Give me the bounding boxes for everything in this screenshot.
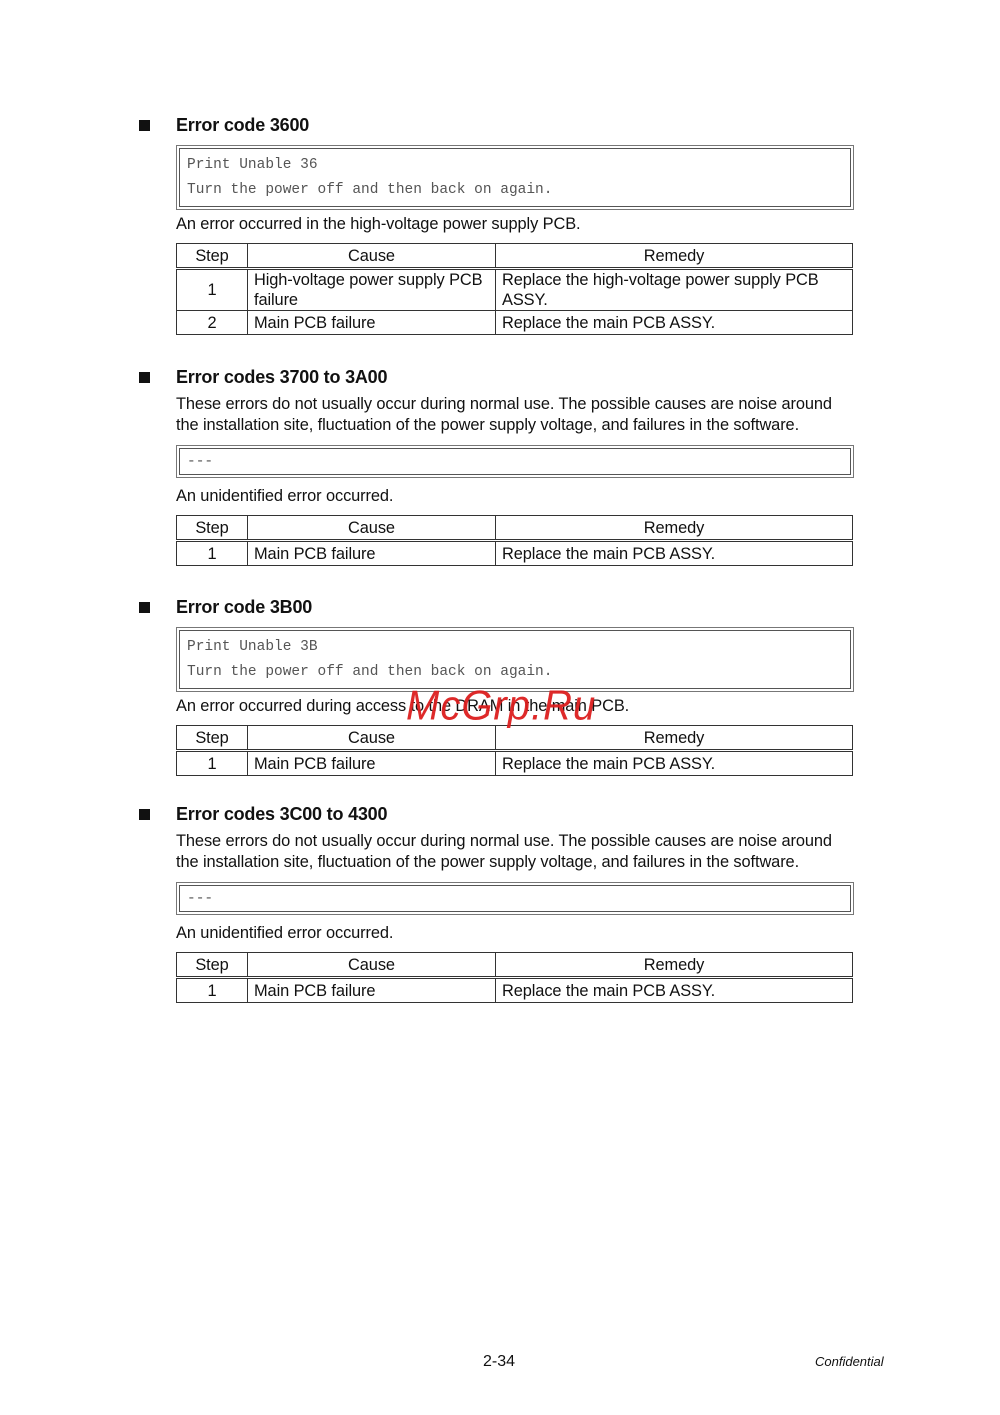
square-bullet-icon [139, 602, 150, 613]
cell-remedy: Replace the main PCB ASSY. [496, 311, 853, 335]
header-remedy: Remedy [496, 516, 853, 541]
message-line: --- [187, 890, 843, 908]
cell-step: 2 [177, 311, 248, 335]
cell-step: 1 [177, 978, 248, 1003]
section-heading: Error code 3600 [138, 115, 854, 137]
cell-cause: Main PCB failure [248, 751, 496, 776]
section-error-3700-3a00: Error codes 3700 to 3A00 These errors do… [138, 367, 854, 566]
table-row: 1 Main PCB failure Replace the main PCB … [177, 978, 853, 1003]
header-remedy: Remedy [496, 953, 853, 978]
lcd-message-box: Print Unable 36 Turn the power off and t… [176, 145, 854, 210]
section-error-3600: Error code 3600 Print Unable 36 Turn the… [138, 115, 854, 335]
cell-remedy: Replace the high-voltage power supply PC… [496, 269, 853, 311]
section-error-3b00: Error code 3B00 Print Unable 3B Turn the… [138, 597, 854, 776]
header-cause: Cause [248, 244, 496, 269]
section-heading: Error codes 3C00 to 4300 [138, 804, 854, 826]
cell-remedy: Replace the main PCB ASSY. [496, 751, 853, 776]
lcd-message-box: Print Unable 3B Turn the power off and t… [176, 627, 854, 692]
intro-paragraph: These errors do not usually occur during… [176, 394, 854, 436]
header-cause: Cause [248, 953, 496, 978]
square-bullet-icon [139, 809, 150, 820]
heading-text: Error codes 3700 to 3A00 [176, 367, 387, 388]
header-step: Step [177, 244, 248, 269]
table-row: 1 Main PCB failure Replace the main PCB … [177, 751, 853, 776]
error-description: An unidentified error occurred. [176, 923, 854, 944]
table-row: 1 High-voltage power supply PCB failure … [177, 269, 853, 311]
intro-paragraph: These errors do not usually occur during… [176, 831, 854, 873]
cell-remedy: Replace the main PCB ASSY. [496, 978, 853, 1003]
error-description: An unidentified error occurred. [176, 486, 854, 507]
message-line: Print Unable 3B [187, 635, 843, 660]
remedy-table: Step Cause Remedy 1 Main PCB failure Rep… [176, 515, 853, 566]
lcd-message-box: --- [176, 882, 854, 915]
cell-cause: Main PCB failure [248, 541, 496, 566]
table-row: 1 Main PCB failure Replace the main PCB … [177, 541, 853, 566]
cell-cause: Main PCB failure [248, 978, 496, 1003]
lcd-message-box: --- [176, 445, 854, 478]
heading-text: Error codes 3C00 to 4300 [176, 804, 387, 825]
message-line: Turn the power off and then back on agai… [187, 660, 843, 685]
remedy-table: Step Cause Remedy 1 Main PCB failure Rep… [176, 952, 853, 1003]
heading-text: Error code 3B00 [176, 597, 312, 618]
message-line: Print Unable 36 [187, 153, 843, 178]
page-number: 2-34 [483, 1353, 515, 1371]
header-remedy: Remedy [496, 244, 853, 269]
header-cause: Cause [248, 726, 496, 751]
remedy-table: Step Cause Remedy 1 Main PCB failure Rep… [176, 725, 853, 776]
cell-remedy: Replace the main PCB ASSY. [496, 541, 853, 566]
message-line: Turn the power off and then back on agai… [187, 178, 843, 203]
cell-cause: High-voltage power supply PCB failure [248, 269, 496, 311]
header-step: Step [177, 953, 248, 978]
section-heading: Error code 3B00 [138, 597, 854, 619]
header-step: Step [177, 516, 248, 541]
square-bullet-icon [139, 372, 150, 383]
header-cause: Cause [248, 516, 496, 541]
table-row: 2 Main PCB failure Replace the main PCB … [177, 311, 853, 335]
cell-step: 1 [177, 751, 248, 776]
cell-step: 1 [177, 269, 248, 311]
confidential-label: Confidential [815, 1354, 884, 1369]
header-step: Step [177, 726, 248, 751]
section-error-3c00-4300: Error codes 3C00 to 4300 These errors do… [138, 804, 854, 1003]
error-description: An error occurred during access to the D… [176, 696, 854, 717]
cell-step: 1 [177, 541, 248, 566]
message-line: --- [187, 453, 843, 471]
header-remedy: Remedy [496, 726, 853, 751]
error-description: An error occurred in the high-voltage po… [176, 214, 854, 235]
remedy-table: Step Cause Remedy 1 High-voltage power s… [176, 243, 853, 335]
cell-cause: Main PCB failure [248, 311, 496, 335]
square-bullet-icon [139, 120, 150, 131]
section-heading: Error codes 3700 to 3A00 [138, 367, 854, 389]
heading-text: Error code 3600 [176, 115, 309, 136]
